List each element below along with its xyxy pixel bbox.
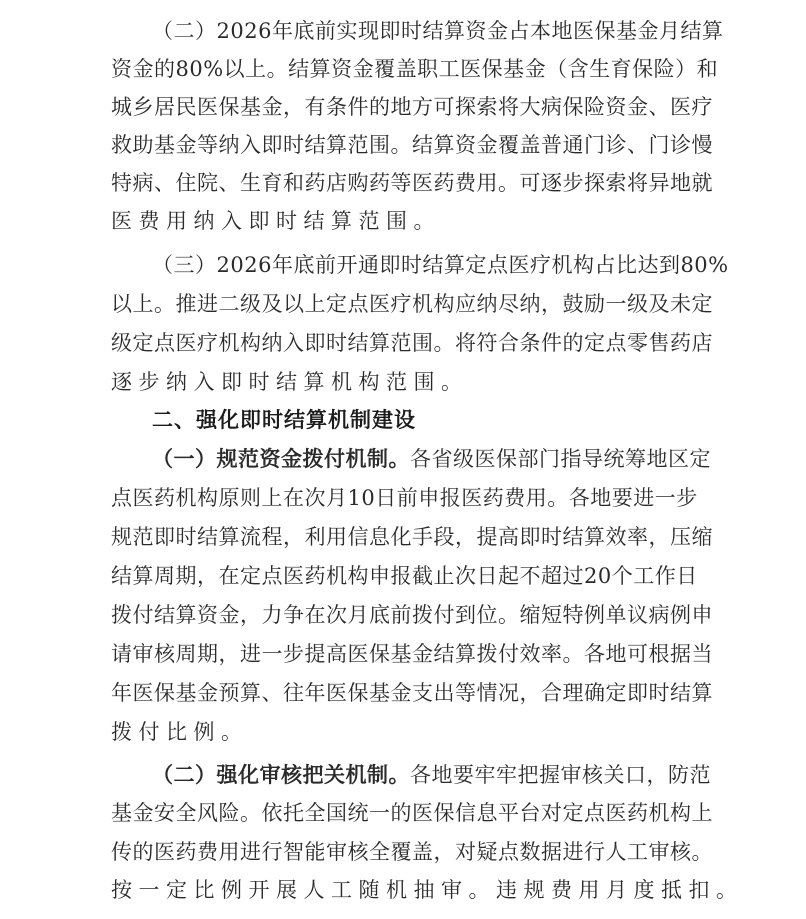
paragraph-2-line-1: （二）2026年底前实现即时结算资金占本地医保基金月结算 <box>152 12 693 50</box>
subsection-1-line-7: 年医保基金预算、往年医保基金支出等情况，合理确定即时结算 <box>111 674 693 712</box>
document-page: （二）2026年底前实现即时结算资金占本地医保基金月结算 资金的80%以上。结算… <box>0 0 806 919</box>
section-heading: 二、强化即时结算机制建设 <box>152 401 693 439</box>
paragraph-2-line-4: 救助基金等纳入即时结算范围。结算资金覆盖普通门诊、门诊慢 <box>111 126 693 164</box>
subsection-1-line-5: 拨付结算资金，力争在次月底前拨付到位。缩短特例单议病例申 <box>111 596 693 634</box>
subsection-1-line-1: （一）规范资金拨付机制。各省级医保部门指导统筹地区定 <box>152 440 693 478</box>
subsection-2-line-4: 按一定比例开展人工随机抽审。违规费用月度抵扣。 <box>111 871 693 909</box>
paragraph-text: 2026年底前实现即时结算资金占本地医保基金月结算 <box>217 19 724 43</box>
paragraph-text: 各地要牢牢把握审核关口，防范 <box>410 763 711 787</box>
paragraph-text: 2026年底前开通即时结算定点医疗机构占比达到80% <box>217 253 729 277</box>
paragraph-text: 各省级医保部门指导统筹地区定 <box>410 447 711 471</box>
paragraph-3-line-1: （三）2026年底前开通即时结算定点医疗机构占比达到80% <box>152 246 693 284</box>
paragraph-3-line-2: 以上。推进二级及以上定点医疗机构应纳尽纳，鼓励一级及未定 <box>111 285 693 323</box>
subsection-1-line-4: 结算周期，在定点医药机构申报截止次日起不超过20个工作日 <box>111 557 693 595</box>
paragraph-marker: （二） <box>152 19 217 43</box>
subsection-1-line-3: 规范即时结算流程，利用信息化手段，提高即时结算效率，压缩 <box>111 518 693 556</box>
subsection-1-line-8: 拨付比例。 <box>111 713 693 751</box>
subsection-2-line-2: 基金安全风险。依托全国统一的医保信息平台对定点医药机构上 <box>111 794 693 832</box>
paragraph-3-line-4: 逐步纳入即时结算机构范围。 <box>111 363 693 401</box>
subsection-1-line-6: 请审核周期，进一步提高医保基金结算拨付效率。各地可根据当 <box>111 635 693 673</box>
subsection-2-line-3: 传的医药费用进行智能审核全覆盖，对疑点数据进行人工审核。 <box>111 833 693 871</box>
paragraph-2-line-3: 城乡居民医保基金，有条件的地方可探索将大病保险资金、医疗 <box>111 88 693 126</box>
subsection-2-line-1: （二）强化审核把关机制。各地要牢牢把握审核关口，防范 <box>152 756 693 794</box>
subsection-title: （一）规范资金拨付机制。 <box>152 446 410 471</box>
paragraph-2-line-5: 特病、住院、生育和药店购药等医药费用。可逐步探索将异地就 <box>111 164 693 202</box>
paragraph-2-line-6: 医费用纳入即时结算范围。 <box>111 202 693 240</box>
paragraph-marker: （三） <box>152 253 217 277</box>
paragraph-2-line-2: 资金的80%以上。结算资金覆盖职工医保基金（含生育保险）和 <box>111 50 693 88</box>
paragraph-3-line-3: 级定点医疗机构纳入即时结算范围。将符合条件的定点零售药店 <box>111 324 693 362</box>
subsection-title: （二）强化审核把关机制。 <box>152 762 410 787</box>
subsection-1-line-2: 点医药机构原则上在次月10日前申报医药费用。各地要进一步 <box>111 479 693 517</box>
